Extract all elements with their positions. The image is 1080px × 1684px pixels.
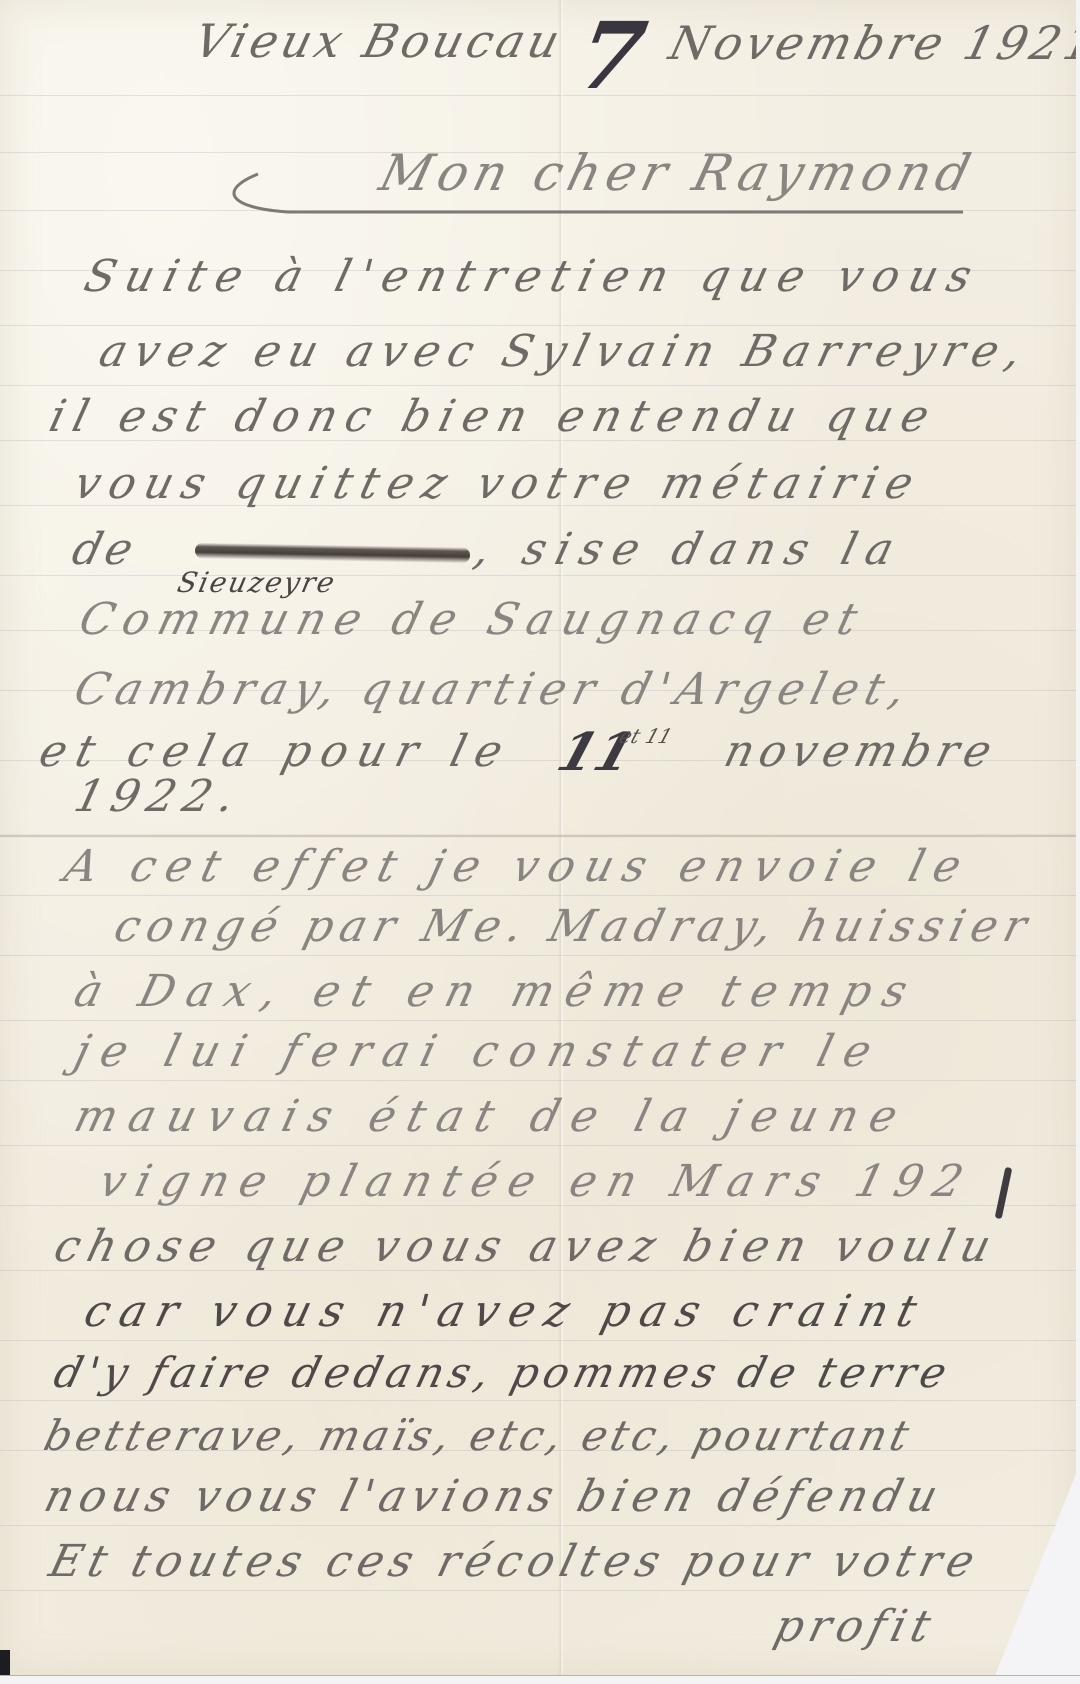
salutation-flourish (228, 170, 968, 220)
ruled-line (0, 385, 1076, 386)
letter-line: avez eu avec Sylvain Barreyre, (95, 330, 1034, 374)
scan-background-strip (0, 1675, 1080, 1684)
ruled-line (0, 1020, 1076, 1021)
letter-line: Cambray, quartier d'Argelet, (70, 668, 917, 712)
letter-line: chose que vous avez bien voulu (50, 1225, 1003, 1269)
letter-line: profit (770, 1605, 941, 1649)
ruled-line (0, 575, 1076, 576)
header-day: 7 (572, 10, 652, 102)
ruled-line (0, 895, 1076, 896)
date-correction-superscript: et 11 (616, 724, 675, 748)
letter-line: novembre (720, 730, 1002, 774)
ruled-line (0, 95, 1076, 96)
letter-line: de (68, 528, 141, 572)
letter-line: nous vous l'avions bien défendu (40, 1475, 948, 1519)
letter-line: A cet effet je vous envoie le (60, 845, 975, 889)
horizontal-fold-crease (0, 834, 1076, 838)
ruled-line (0, 955, 1076, 956)
ruled-line (0, 1400, 1076, 1401)
letter-line: à Dax, et en même temps (70, 970, 923, 1014)
header-month-year: Novembre 1921 (665, 20, 1080, 66)
letter-line: , sise dans la (470, 528, 908, 572)
letter-line: et cela pour le (35, 730, 517, 774)
letter-line: 1922. (70, 775, 247, 819)
header-place: Vieux Boucau (190, 18, 568, 64)
letter-line: d'y faire dedans, pommes de terre (50, 1352, 956, 1394)
ruled-line (0, 1525, 1076, 1526)
letter-line: vigne plantée en Mars 192 (95, 1160, 978, 1204)
paper-sheet: Vieux Boucau 7 Novembre 1921 Mon cher Ra… (0, 0, 1076, 1675)
year-correction-digit (995, 1167, 1013, 1219)
letter-line: mauvais état de la jeune (70, 1095, 914, 1139)
struck-out-word (195, 543, 470, 564)
letter-line: Commune de Saugnacq et (75, 598, 870, 642)
ruled-line (0, 1340, 1076, 1341)
letter-line: je lui ferai constater le (70, 1030, 888, 1074)
letter-line: Suite à l'entretien que vous (80, 255, 986, 299)
letter-line: il est donc bien entendu que (45, 395, 942, 439)
letter-line: betterave, maïs, etc, etc, pourtant (40, 1415, 917, 1457)
ruled-line (0, 1080, 1076, 1081)
ruled-line (0, 1590, 1076, 1591)
letter-line: Et toutes ces récoltes pour votre (45, 1540, 984, 1584)
ruled-line (0, 1145, 1076, 1146)
letter-line: vous quittez votre métairie (70, 462, 926, 506)
letter-line: congé par Me. Madray, huissier (110, 905, 1038, 949)
letter-line: car vous n'avez pas craint (80, 1290, 931, 1334)
scanned-letter-page: Vieux Boucau 7 Novembre 1921 Mon cher Ra… (0, 0, 1080, 1684)
